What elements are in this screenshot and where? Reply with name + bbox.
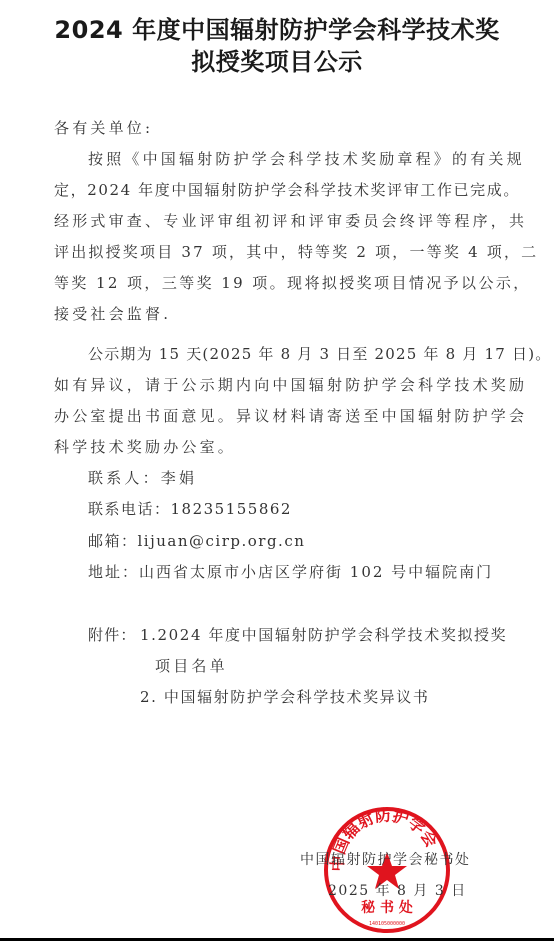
contact-address: 地址：山西省太原市小店区学府街 102 号中辐院南门 bbox=[88, 561, 493, 582]
salutation: 各有关单位: bbox=[54, 117, 153, 138]
paragraph1-line: 接受社会监督. bbox=[54, 303, 171, 324]
signature-org: 中国辐射防护学会秘书处 bbox=[300, 849, 471, 869]
paragraph2-line: 公示期为 15 天(2025 年 8 月 3 日至 2025 年 8 月 17 … bbox=[88, 343, 551, 364]
paragraph1-line: 经形式审查、专业评审组初评和评审委员会终评等程序，共 bbox=[54, 210, 527, 231]
attachments-label: 附件： bbox=[88, 624, 137, 645]
paragraph2-line: 办公室提出书面意见。异议材料请寄送至中国辐射防护学会 bbox=[54, 405, 527, 426]
attachment-item-1: 1.2024 年度中国辐射防护学会科学技术奖拟授奖 bbox=[140, 624, 507, 645]
official-seal-icon: 中国辐射防护学会 秘 书 处 140105000000 bbox=[323, 800, 451, 938]
paragraph1-line: 按照《中国辐射防护学会科学技术奖励章程》的有关规 bbox=[88, 148, 525, 169]
svg-text:秘 书 处: 秘 书 处 bbox=[361, 899, 413, 916]
svg-text:140105000000: 140105000000 bbox=[369, 921, 405, 927]
contact-phone: 联系电话：18235155862 bbox=[88, 498, 292, 519]
paragraph1-line: 评出拟授奖项目 37 项，其中，特等奖 2 项，一等奖 4 项，二 bbox=[54, 241, 538, 262]
paragraph1-line: 等奖 12 项，三等奖 19 项。现将拟授奖项目情况予以公示， bbox=[54, 272, 531, 293]
contact-email: 邮箱：lijuan@cirp.org.cn bbox=[88, 530, 305, 551]
contact-person: 联系人：李娟 bbox=[88, 467, 197, 488]
paragraph1-line: 定，2024 年度中国辐射防护学会科学技术奖评审工作已完成。 bbox=[54, 179, 520, 200]
signature-date: 2025 年 8 月 3 日 bbox=[328, 880, 467, 900]
attachment-item-2: 2. 中国辐射防护学会科学技术奖异议书 bbox=[140, 686, 429, 707]
document-title-line1: 2024 年度中国辐射防护学会科学技术奖 bbox=[0, 10, 554, 45]
attachment-item-1-cont: 项目名单 bbox=[155, 655, 228, 676]
document-title-line2: 拟授奖项目公示 bbox=[0, 42, 554, 77]
paragraph2-line: 如有异议，请于公示期内向中国辐射防护学会科学技术奖励 bbox=[54, 374, 527, 395]
paragraph2-line: 科学技术奖励办公室。 bbox=[54, 436, 236, 457]
